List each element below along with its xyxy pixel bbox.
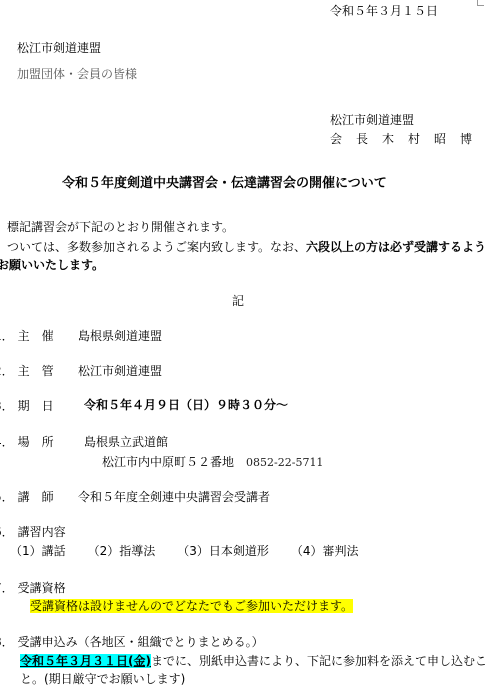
- item-6-num: 6．: [0, 525, 14, 539]
- recipient-org: 松江市剣道連盟: [17, 42, 101, 54]
- deadline-highlight: 令和５年３月３１日(金): [20, 654, 151, 668]
- item-8-value: までに、別紙申込書により、下記に参加料を添えて申し込むこ: [151, 654, 485, 668]
- subitem-1: （1）講話: [10, 544, 66, 558]
- ki-heading: 記: [232, 295, 244, 307]
- item-3-value: 令和５年４月９日（日）９時３０分～: [84, 399, 288, 411]
- item-3: 3．期 日: [0, 400, 54, 412]
- body-line-2-bold: 六段以上の方は必ず受講するよう: [306, 240, 485, 254]
- item-2-num: 2．: [0, 364, 14, 378]
- item-6: 6．講習内容: [0, 526, 66, 538]
- item-3-num: 3．: [0, 399, 14, 413]
- item-5: 5．講 師: [0, 491, 54, 503]
- body-line-2-plain: ついては、多数参加されるようご案内致します。なお、: [7, 240, 306, 254]
- subitem-4: （4）審判法: [291, 544, 359, 558]
- item-4-address-text: 松江市内中原町５２番地: [102, 455, 234, 469]
- body-line-2: ついては、多数参加されるようご案内致します。なお、六段以上の方は必ず受講するよう: [7, 241, 485, 253]
- item-4-address: 松江市内中原町５２番地0852-22-5711: [102, 456, 323, 468]
- body-line-1: 標記講習会が下記のとおり開催されます。: [7, 221, 234, 233]
- item-2-value: 松江市剣道連盟: [78, 365, 162, 377]
- item-4-value: 島根県立武道館: [84, 436, 168, 448]
- item-7-value-highlight: 受講資格は設けませんのでどなたでもご参加いただけます。: [30, 599, 353, 613]
- item-2: 2．主 管: [0, 365, 54, 377]
- item-5-value: 令和５年度全剣連中央講習会受講者: [78, 491, 270, 503]
- item-8-num: 8．: [0, 635, 14, 649]
- item-1: 1．主 催: [0, 330, 54, 342]
- item-5-num: 5．: [0, 490, 14, 504]
- item-6-label: 講習内容: [18, 525, 66, 539]
- document-title: 令和５年度剣道中央講習会・伝達講習会の開催について: [62, 177, 387, 190]
- item-7-label: 受講資格: [18, 581, 66, 595]
- subitem-3: （3）日本剣道形: [177, 544, 269, 558]
- item-7: 7．受講資格: [0, 582, 66, 594]
- item-2-label: 主 管: [18, 364, 54, 378]
- item-4-phone: 0852-22-5711: [246, 456, 323, 469]
- item-4-num: 4．: [0, 435, 14, 449]
- document-date: 令和５年３月１５日: [330, 5, 438, 17]
- sender-org: 松江市剣道連盟: [330, 114, 414, 126]
- item-8-value-cont: と。(期日厳守でお願いします): [20, 673, 185, 685]
- item-1-label: 主 催: [18, 329, 54, 343]
- item-3-label: 期 日: [18, 399, 54, 413]
- recipient-to: 加盟団体・会員の皆様: [17, 68, 137, 80]
- item-4: 4．場 所: [0, 436, 54, 448]
- item-8: 8．受講申込み（各地区・組織でとりまとめる。）: [0, 636, 264, 648]
- subitem-2: （2）指導法: [88, 544, 156, 558]
- item-7-num: 7．: [0, 581, 14, 595]
- item-1-value: 島根県剣道連盟: [78, 330, 162, 342]
- item-5-label: 講 師: [18, 490, 54, 504]
- item-1-num: 1．: [0, 329, 14, 343]
- item-4-label: 場 所: [18, 435, 54, 449]
- body-line-3: お願いいたします。: [0, 259, 104, 271]
- item-7-value-wrap: 受講資格は設けませんのでどなたでもご参加いただけます。: [30, 600, 353, 612]
- page-corner-mark: [477, 0, 484, 6]
- item-6-subitems: （1）講話（2）指導法（3）日本剣道形（4）審判法: [10, 545, 359, 557]
- item-8-label: 受講申込み（各地区・組織でとりまとめる。）: [18, 635, 264, 649]
- sender-name: 会 長 木 村 昭 博: [330, 133, 473, 145]
- item-8-line: 令和５年３月３１日(金)までに、別紙申込書により、下記に参加料を添えて申し込むこ: [20, 655, 485, 667]
